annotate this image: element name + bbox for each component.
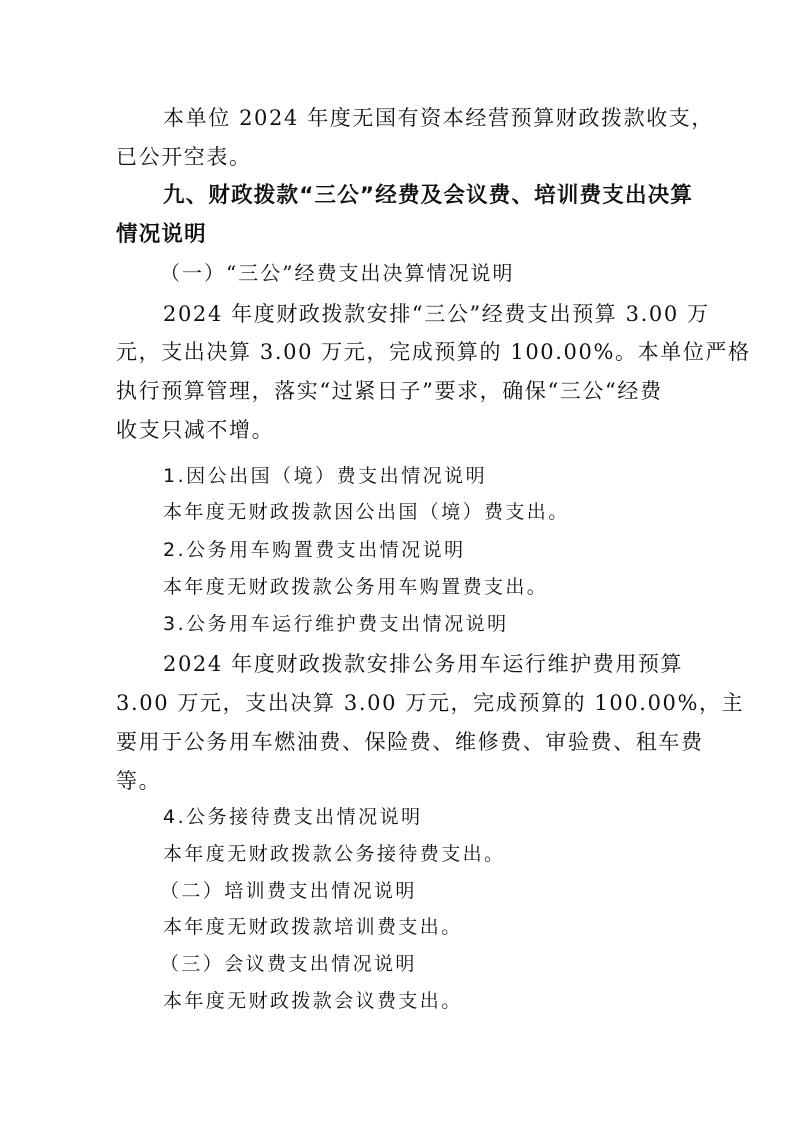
paragraph-line: 要用于公务用车燃油费、保险费、维修费、审验费、租车费 xyxy=(116,728,704,756)
item-text: 本年度无财政拨款培训费支出。 xyxy=(163,913,463,941)
paragraph-line: 元，支出决算 3.00 万元，完成预算的 100.00%。本单位严格 xyxy=(116,338,751,366)
subsection-heading: （三）会议费支出情况说明 xyxy=(160,950,417,978)
paragraph-line: 2024 年度财政拨款安排公务用车运行维护费用预算 xyxy=(163,650,683,678)
item-text: 本年度无财政拨款公务用车购置费支出。 xyxy=(163,573,548,601)
item-text: 本年度无财政拨款会议费支出。 xyxy=(163,987,463,1015)
item-text: 本年度无财政拨款公务接待费支出。 xyxy=(163,840,505,868)
subsection-heading: （二）培训费支出情况说明 xyxy=(160,877,417,905)
item-heading: 3.公务用车运行维护费支出情况说明 xyxy=(163,610,509,638)
paragraph-line: 本单位 2024 年度无国有资本经营预算财政拨款收支， xyxy=(163,104,714,132)
paragraph-line: 收支只减不增。 xyxy=(116,416,274,444)
paragraph-line: 2024 年度财政拨款安排“三公”经费支出预算 3.00 万 xyxy=(163,300,710,328)
item-heading: 4.公务接待费支出情况说明 xyxy=(163,803,423,831)
paragraph-line: 3.00 万元，支出决算 3.00 万元，完成预算的 100.00%，主 xyxy=(116,689,744,717)
subsection-heading: （一）“三公”经费支出决算情况说明 xyxy=(160,259,514,287)
item-heading: 2.公务用车购置费支出情况说明 xyxy=(163,536,466,564)
section-heading: 九、财政拨款“三公”经费及会议费、培训费支出决算 xyxy=(163,182,693,210)
paragraph-line: 等。 xyxy=(116,767,161,795)
paragraph-line: 执行预算管理，落实“过紧日子”要求，确保“三公“经费 xyxy=(116,377,663,405)
item-heading: 1.因公出国（境）费支出情况说明 xyxy=(163,462,487,490)
paragraph-line: 已公开空表。 xyxy=(116,143,252,171)
section-heading: 情况说明 xyxy=(116,221,207,249)
item-text: 本年度无财政拨款因公出国（境）费支出。 xyxy=(163,498,570,526)
